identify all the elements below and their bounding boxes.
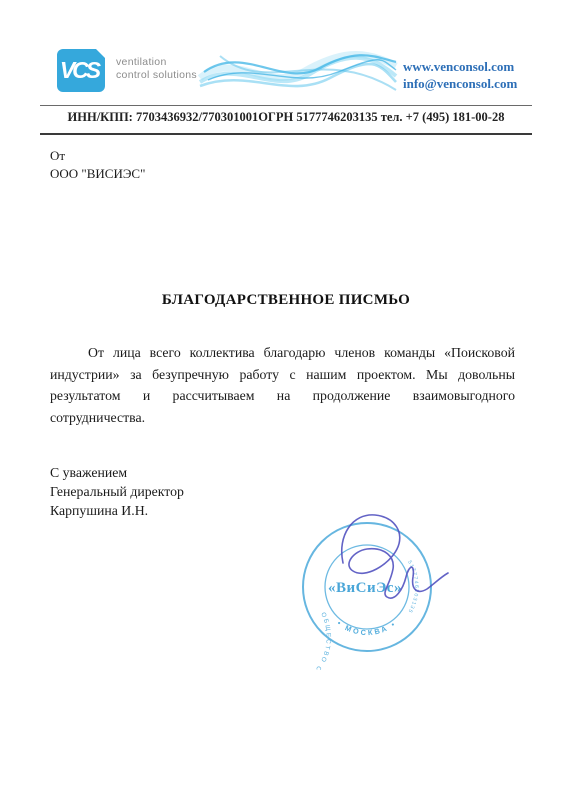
logo-tagline-line2: control solutions xyxy=(116,69,197,82)
divider-top xyxy=(40,105,532,106)
company-logo: VCS xyxy=(57,49,105,92)
contact-block: www.venconsol.com info@venconsol.com xyxy=(403,58,517,92)
from-label: От xyxy=(50,147,145,165)
wave-decoration xyxy=(198,38,398,102)
svg-text:• МОСКВА •: • МОСКВА • xyxy=(336,619,399,637)
svg-text:ОБЩЕСТВО С ОГРАНИЧЕННОЙ ОТВЕТС: ОБЩЕСТВО С ОГРАНИЧЕННОЙ ОТВЕТСТВЕННОСТЬЮ xyxy=(295,590,332,670)
stamp-center-text: «ВиСиЭс» xyxy=(328,580,402,596)
logo-acronym: VCS xyxy=(60,57,98,84)
sender-company: ООО "ВИСИЭС" xyxy=(50,165,145,183)
letter-body: От лица всего коллектива благодарю члено… xyxy=(50,342,515,429)
closing-regards: С уважением xyxy=(50,463,184,482)
registration-info: ИНН/КПП: 7703436932/770301001ОГРН 517774… xyxy=(40,110,532,125)
website-link[interactable]: www.venconsol.com xyxy=(403,58,517,75)
divider-bottom xyxy=(40,133,532,135)
letter-page: VCS ventilation control solutions www.ve… xyxy=(0,0,565,800)
stamp-city-text: • МОСКВА • xyxy=(336,619,399,637)
stamp-ring-text: ОБЩЕСТВО С ОГРАНИЧЕННОЙ ОТВЕТСТВЕННОСТЬЮ xyxy=(295,590,332,670)
logo-tagline: ventilation control solutions xyxy=(116,56,197,82)
sender-block: От ООО "ВИСИЭС" xyxy=(50,147,145,182)
closing-name: Карпушина И.Н. xyxy=(50,501,184,520)
logo-tagline-line1: ventilation xyxy=(116,56,197,69)
closing-position: Генеральный директор xyxy=(50,482,184,501)
company-stamp: ОБЩЕСТВО С ОГРАНИЧЕННОЙ ОТВЕТСТВЕННОСТЬЮ… xyxy=(295,505,545,670)
email-link[interactable]: info@venconsol.com xyxy=(403,75,517,92)
closing-block: С уважением Генеральный директор Карпуши… xyxy=(50,463,184,520)
letter-title: БЛАГОДАРСТВЕННОЕ ПИСМЬО xyxy=(40,292,532,309)
